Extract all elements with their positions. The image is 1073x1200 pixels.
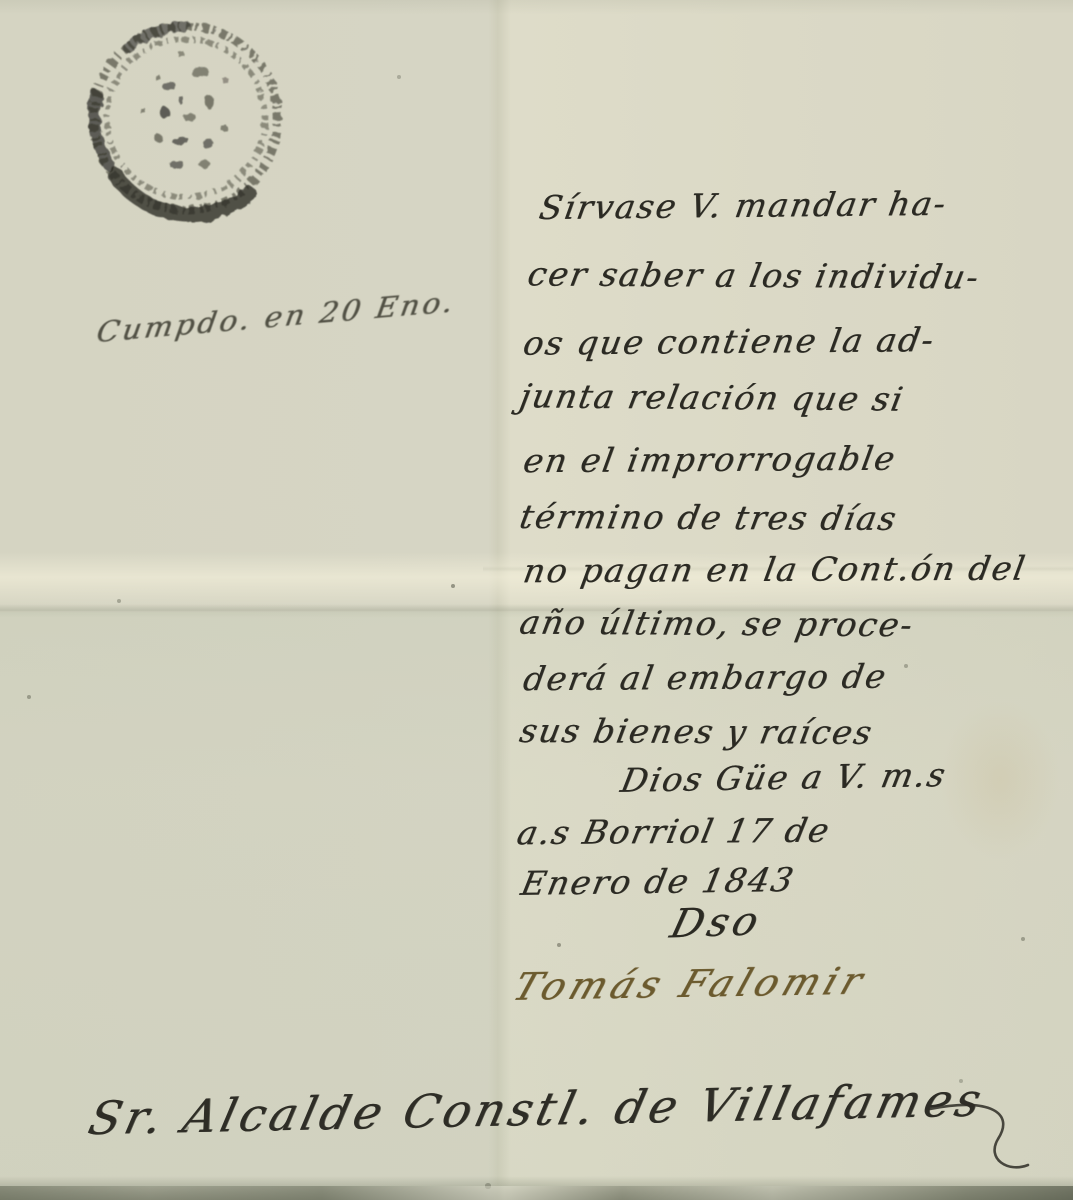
body-line: sus bienes y raíces [517, 711, 877, 752]
paper-bottom-edge [0, 1186, 1073, 1200]
closing-date: Enero de 1843 [518, 860, 799, 903]
address-flourish [920, 1095, 1040, 1185]
closing-line: Dios Güe a V. m.s [618, 755, 951, 800]
body-line: año último, se proce- [517, 603, 918, 645]
closing-place-date: a.s Borriol 17 de [514, 811, 834, 853]
signature: Tomás Falomir [507, 959, 873, 1009]
body-line: no pagan en la Cont.ón del [520, 549, 1029, 591]
body-line: cer saber a los individu- [525, 254, 984, 296]
letter-page: Cumpdo. en 20 Eno. Sírvase V. mandar ha-… [0, 0, 1073, 1200]
body-line: os que contiene la ad- [520, 320, 938, 363]
rubric: Dso [666, 898, 767, 947]
body-line: derá al embargo de [520, 657, 890, 699]
body-line: Sírvase V. mandar ha- [536, 184, 950, 227]
docket-annotation: Cumpdo. en 20 Eno. [94, 285, 458, 350]
body-line: junta relación que si [517, 376, 908, 418]
circular-ink-stamp [64, 0, 307, 240]
ink-specks [0, 0, 2, 2]
body-line: término de tres días [517, 497, 901, 538]
body-line: en el improrrogable [520, 439, 899, 481]
paper-stain [940, 700, 1060, 860]
